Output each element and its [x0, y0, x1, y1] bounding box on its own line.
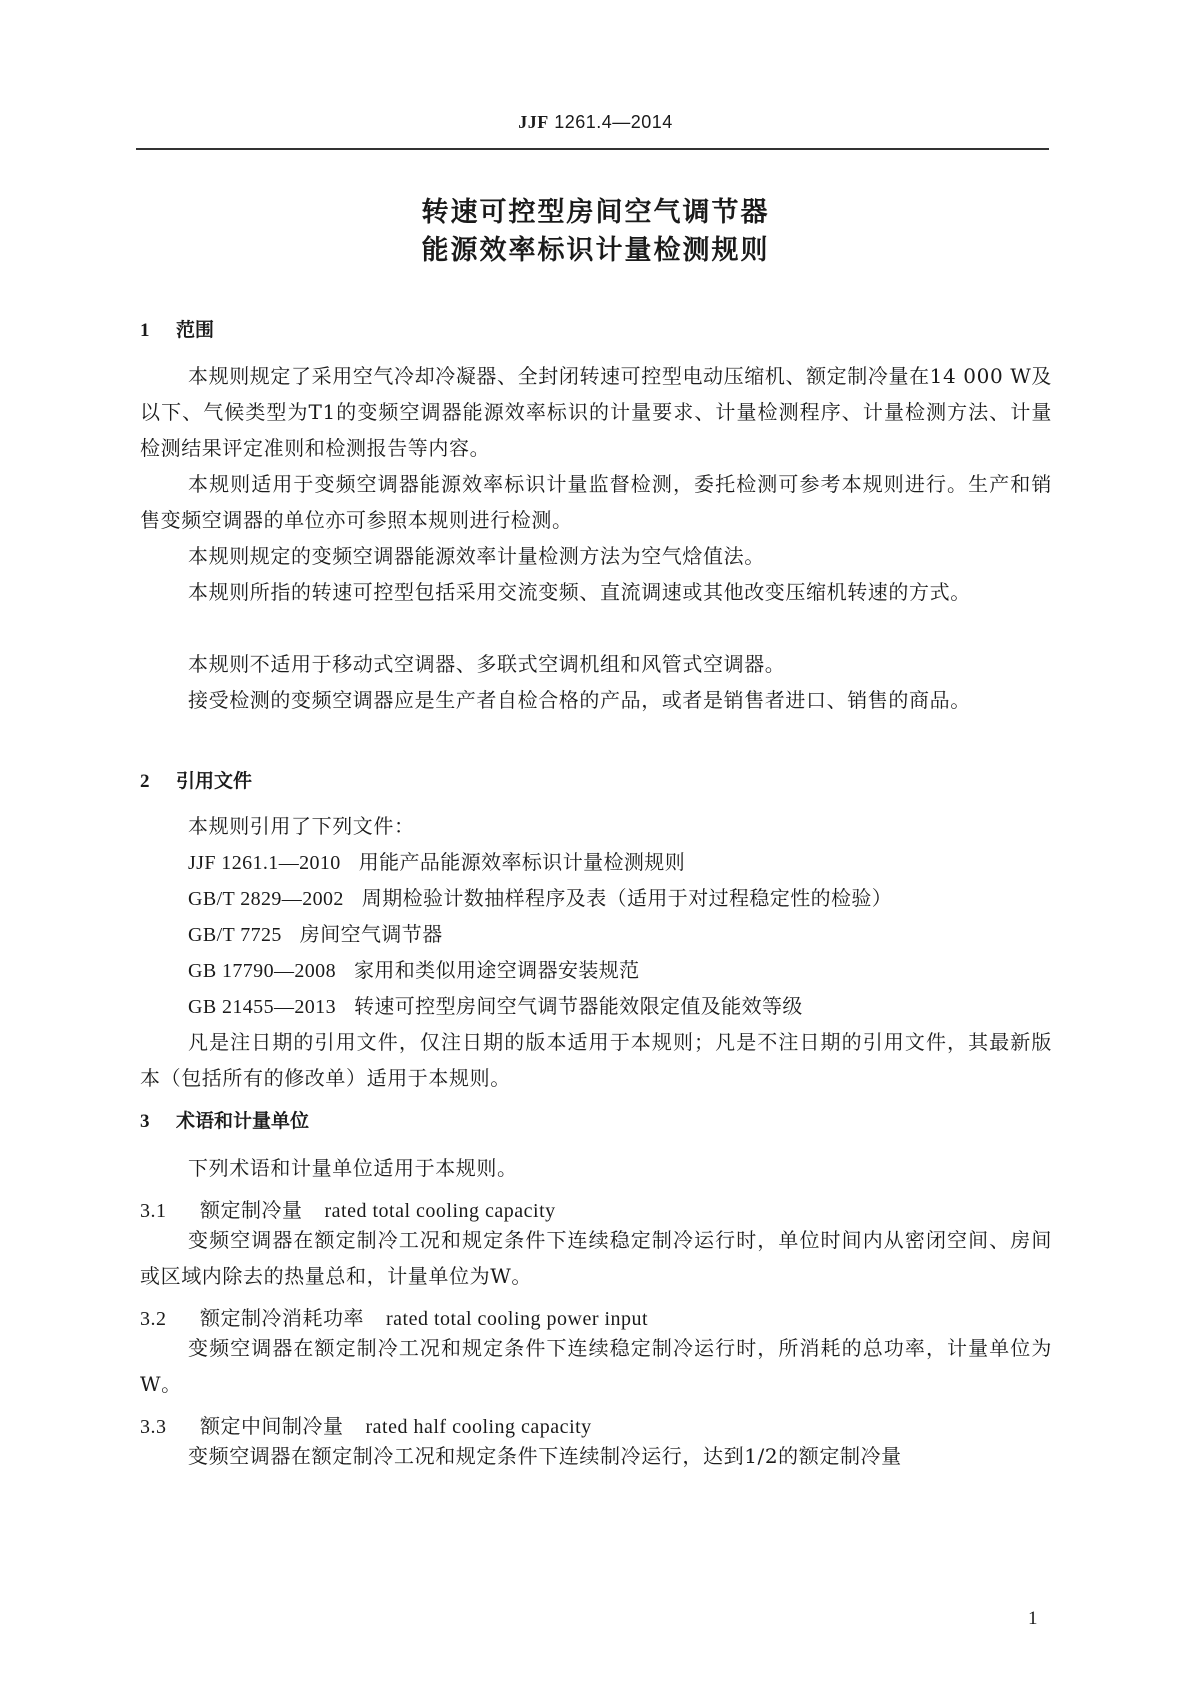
- reference-item: GB/T 7725房间空气调节器: [188, 916, 443, 953]
- section-1-heading: 1范围: [140, 315, 214, 342]
- term-definition: 变频空调器在额定制冷工况和规定条件下连续稳定制冷运行时，所消耗的总功率，计量单位…: [140, 1330, 1052, 1402]
- standard-code: 1261.4—2014: [554, 112, 673, 132]
- section-1-paragraph: 本规则不适用于移动式空调器、多联式空调机组和风管式空调器。: [140, 646, 1052, 682]
- reference-item: GB 21455—2013转速可控型房间空气调节器能效限定值及能效等级: [188, 988, 803, 1025]
- section-1-paragraph: 接受检测的变频空调器应是生产者自检合格的产品，或者是销售者进口、销售的商品。: [140, 682, 1052, 718]
- term-heading-3-1: 3.1额定制冷量rated total cooling capacity: [140, 1194, 556, 1223]
- section-1-paragraph: 本规则所指的转速可控型包括采用交流变频、直流调速或其他改变压缩机转速的方式。: [140, 574, 1052, 610]
- standard-prefix: JJF: [518, 112, 549, 132]
- term-definition: 变频空调器在额定制冷工况和规定条件下连续制冷运行，达到1/2的额定制冷量: [140, 1438, 1052, 1474]
- reference-item: JJF 1261.1—2010用能产品能源效率标识计量检测规则: [188, 844, 685, 881]
- section-2-closing: 凡是注日期的引用文件，仅注日期的版本适用于本规则；凡是不注日期的引用文件，其最新…: [140, 1024, 1052, 1096]
- document-title-line-1: 转速可控型房间空气调节器: [0, 190, 1191, 229]
- page-number: 1: [1028, 1608, 1038, 1630]
- section-3-heading: 3术语和计量单位: [140, 1106, 309, 1133]
- term-heading-3-3: 3.3额定中间制冷量rated half cooling capacity: [140, 1410, 592, 1439]
- document-header: JJF 1261.4—2014: [0, 112, 1191, 133]
- section-3-intro: 下列术语和计量单位适用于本规则。: [140, 1150, 1052, 1186]
- document-title-line-2: 能源效率标识计量检测规则: [0, 228, 1191, 267]
- reference-item: GB/T 2829—2002周期检验计数抽样程序及表（适用于对过程稳定性的检验）: [188, 880, 892, 917]
- section-2-heading: 2引用文件: [140, 766, 252, 793]
- section-1-paragraph: 本规则适用于变频空调器能源效率标识计量监督检测，委托检测可参考本规则进行。生产和…: [140, 466, 1052, 538]
- term-heading-3-2: 3.2额定制冷消耗功率rated total cooling power inp…: [140, 1302, 648, 1331]
- section-2-intro: 本规则引用了下列文件：: [140, 808, 1052, 844]
- section-1-paragraph: 本规则规定的变频空调器能源效率计量检测方法为空气焓值法。: [140, 538, 1052, 574]
- term-definition: 变频空调器在额定制冷工况和规定条件下连续稳定制冷运行时，单位时间内从密闭空间、房…: [140, 1222, 1052, 1294]
- reference-item: GB 17790—2008家用和类似用途空调器安装规范: [188, 952, 640, 989]
- section-1-paragraph: 本规则规定了采用空气冷却冷凝器、全封闭转速可控型电动压缩机、额定制冷量在14 0…: [140, 358, 1052, 466]
- header-divider: [136, 148, 1049, 150]
